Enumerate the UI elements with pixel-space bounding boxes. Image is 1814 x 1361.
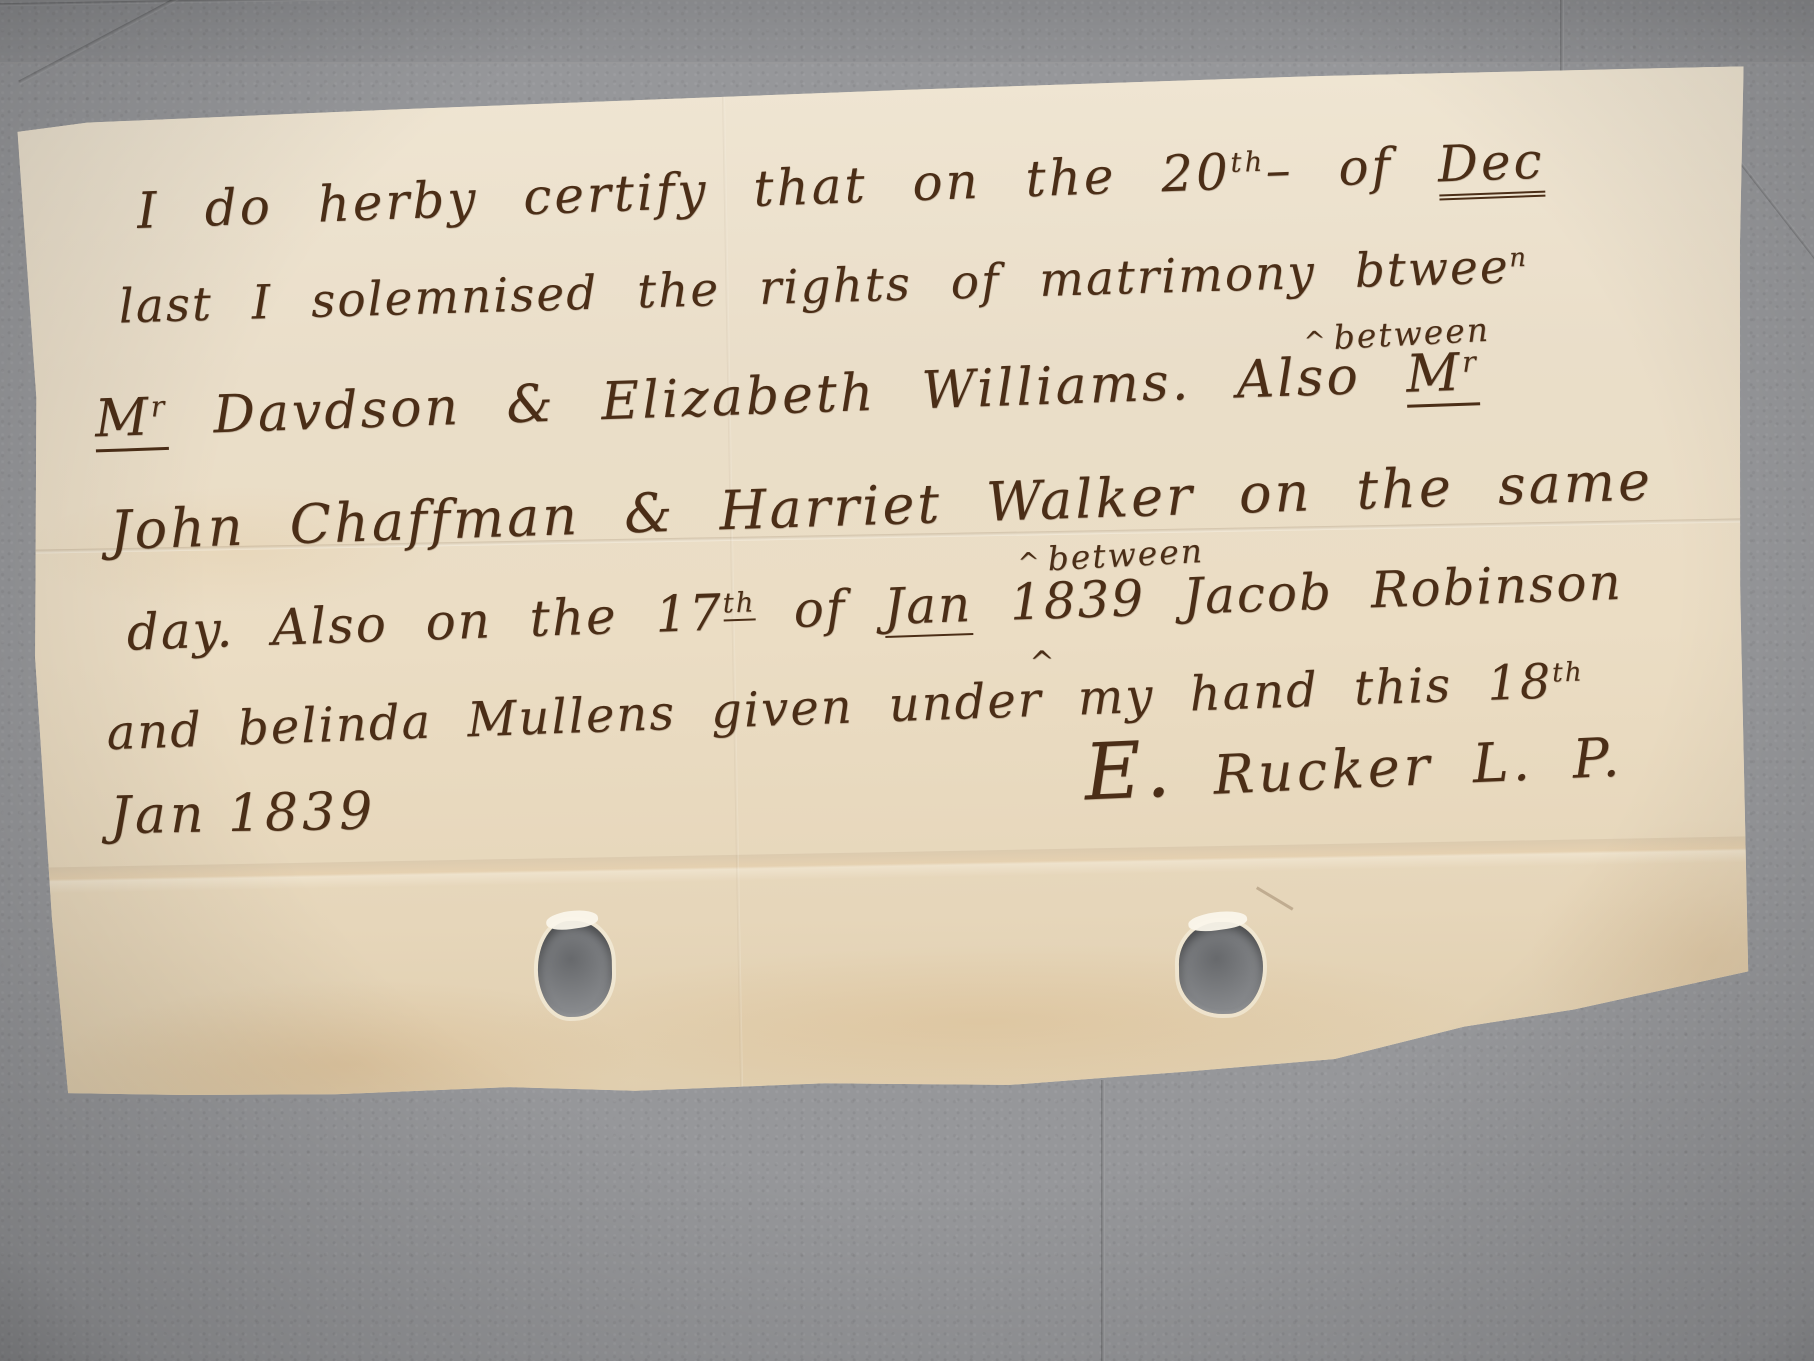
punch-hole-right	[1178, 921, 1264, 1015]
line5-year: 1839	[971, 568, 1184, 633]
handwritten-line-1: I do herby certify that on the 20th– of …	[136, 132, 1545, 240]
handwritten-line-5: day. Also on the 17th of Jan 1839 Jacob …	[126, 553, 1624, 662]
surface-seam-bottom-vertical	[1101, 1080, 1105, 1361]
handwritten-line-4: John Chaffman & Harriet Walker on the sa…	[109, 449, 1654, 562]
line2-superscript-n: n	[1509, 243, 1529, 274]
signature-line: E. Rucker L. P.	[1083, 726, 1624, 813]
signature-initial: E.	[1082, 725, 1176, 819]
line3-text: Davdson & Elizabeth Williams. Also	[167, 345, 1407, 447]
paper-tear-near-right-hole	[1256, 886, 1294, 910]
insertion-caret-1: ^	[1303, 325, 1329, 357]
month-abbreviation-jan: Jan	[883, 575, 973, 638]
handwritten-certificate-paper: I do herby certify that on the 20th– of …	[17, 66, 1765, 1110]
line2-text: last I solemnised the rights of matrimon…	[118, 239, 1510, 334]
line6-ordinal-suffix: th	[1551, 656, 1584, 688]
mr-superscript-r: r	[150, 389, 168, 424]
insertion-word-1: between	[1333, 310, 1491, 357]
date-text: Jan 1839	[110, 781, 377, 846]
punch-hole-left	[537, 920, 613, 1017]
line5-ordinal-suffix: th	[722, 586, 756, 621]
handwritten-line-7-date: Jan 1839	[110, 781, 377, 846]
signature-name: Rucker L. P.	[1173, 726, 1625, 809]
insertion-caret-3: ^	[1029, 645, 1055, 680]
handwritten-line-3: Mr Davdson & Elizabeth Williams. Also Mr	[94, 342, 1480, 449]
line4-text: John Chaffman & Harriet Walker on the sa…	[109, 449, 1654, 562]
line1-text: I do herby certify that on the 20	[136, 143, 1232, 240]
month-abbreviation-dec: Dec	[1437, 132, 1546, 201]
mr-letter-m: M	[94, 388, 152, 450]
insertion-word-2: between	[1047, 531, 1205, 578]
honorific-mr-first: Mr	[94, 387, 169, 452]
line1-text-b: – of	[1264, 136, 1438, 200]
line5-names: Jacob Robinson	[1182, 553, 1624, 626]
insertion-caret-2: ^	[1017, 547, 1043, 579]
table-surface-top-band	[0, 0, 1814, 64]
fold-crease-lower	[31, 836, 1761, 894]
photo-of-document: I do herby certify that on the 20th– of …	[0, 0, 1814, 1361]
line5-text: day. Also on the 17	[126, 583, 724, 661]
line5-text-b: of	[755, 578, 885, 640]
line1-ordinal-suffix: th	[1230, 146, 1266, 179]
